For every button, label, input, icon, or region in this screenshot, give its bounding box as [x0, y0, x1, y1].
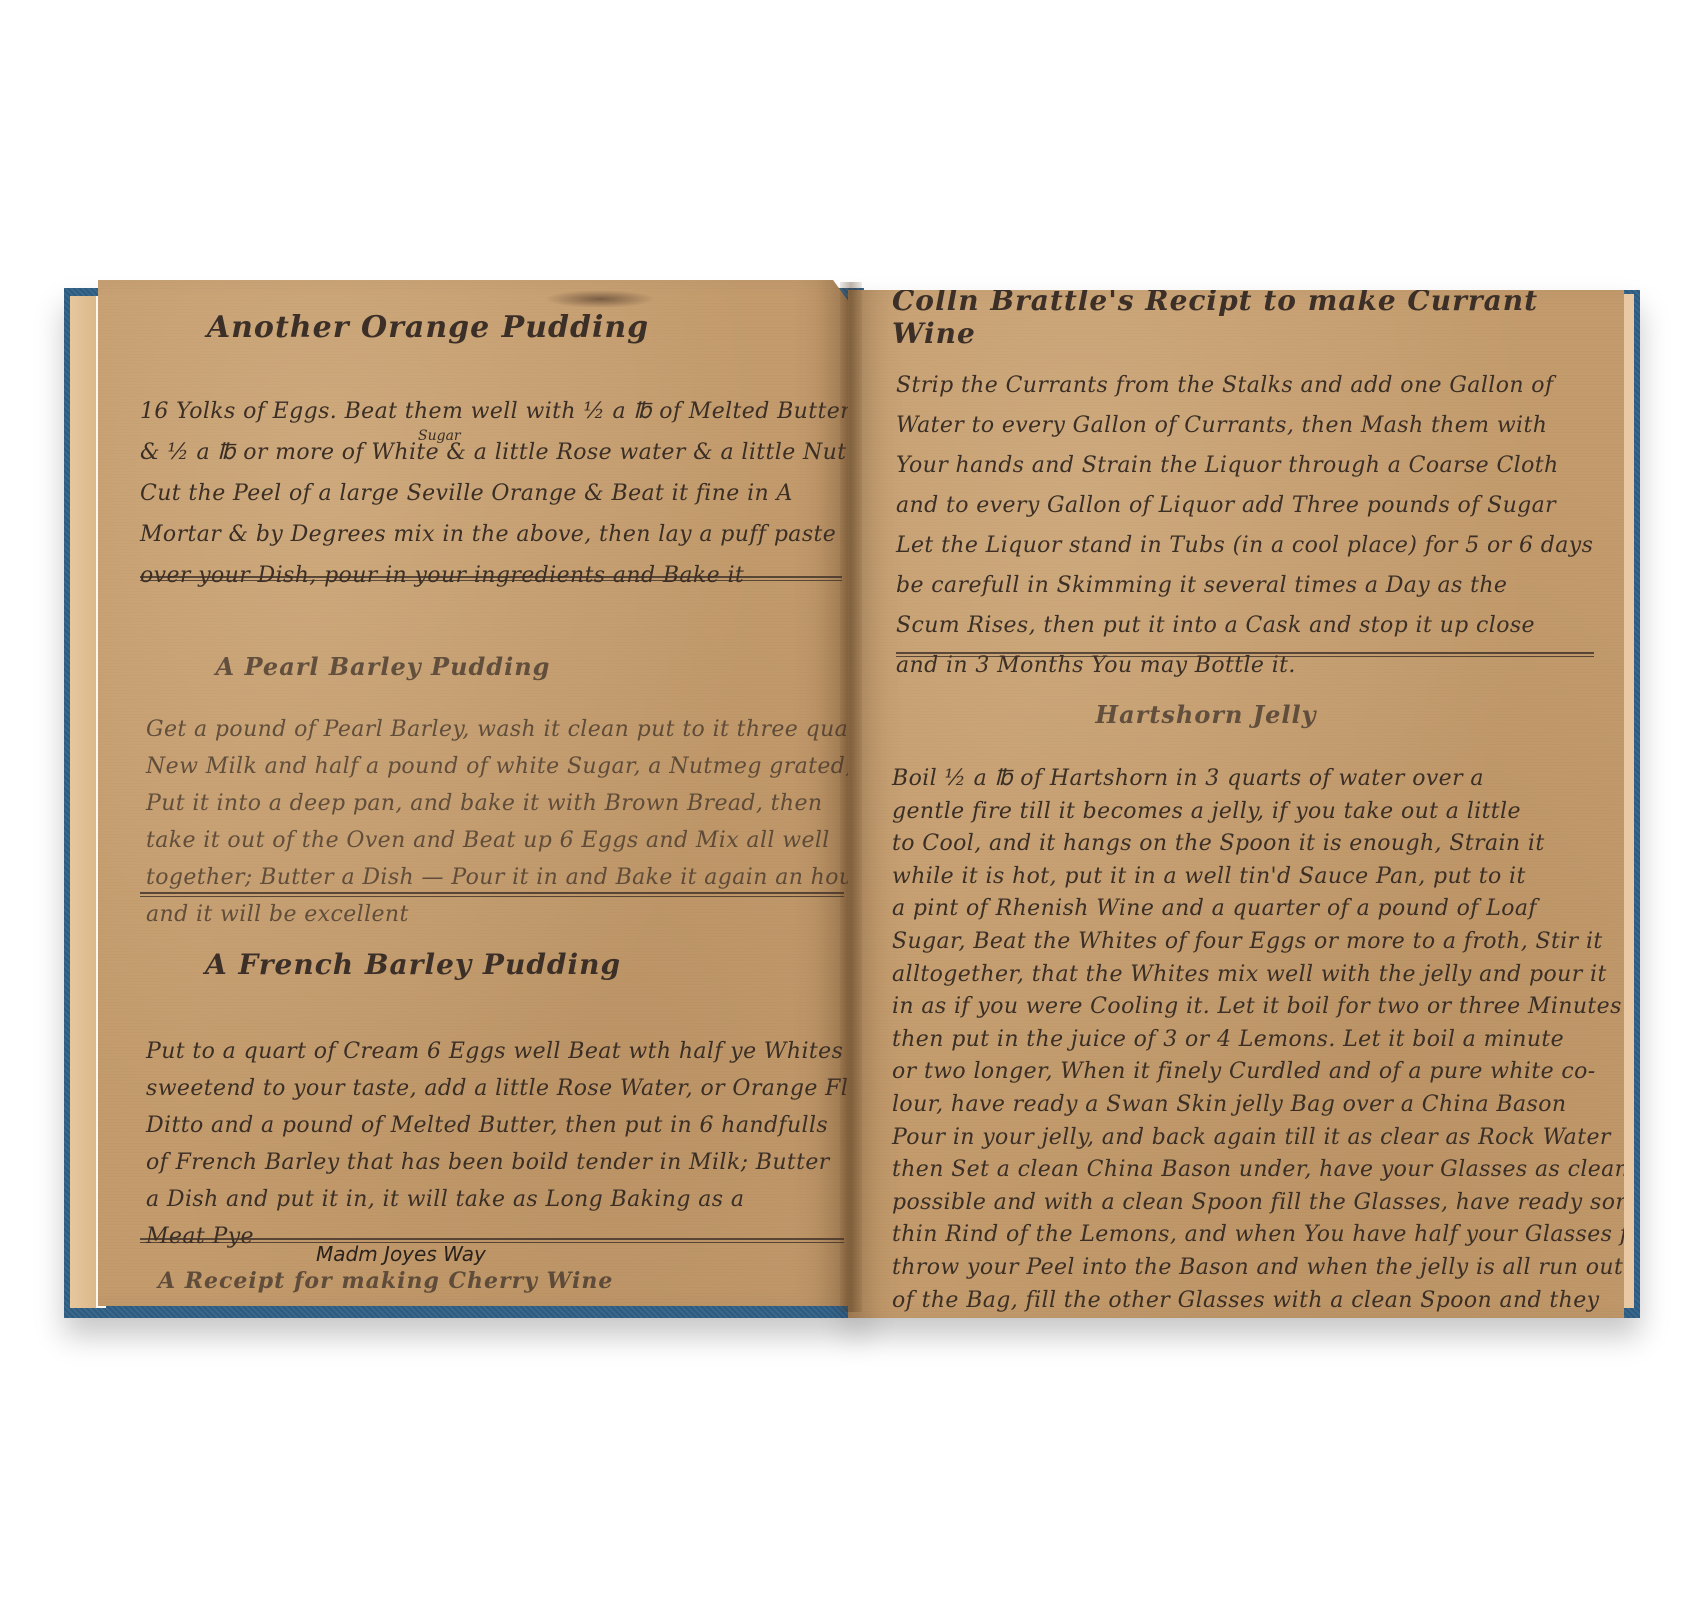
text-line: be carefull in Skimming it several times… — [896, 566, 1624, 606]
text-line: of French Barley that has been boild ten… — [146, 1144, 848, 1181]
recipe-currant-wine: Colln Brattle's Recipt to make Currant W… — [848, 290, 1624, 686]
section-divider — [140, 1238, 844, 1243]
recipe-title: A Pearl Barley Pudding — [98, 652, 848, 681]
text-line: to Cool, and it hangs on the Spoon it is… — [892, 828, 1624, 861]
text-line: while it is hot, put it in a well tin'd … — [892, 861, 1624, 894]
text-line: and it will be excellent — [146, 896, 848, 933]
book-gutter — [840, 282, 862, 1312]
sugar-insertion: Sugar — [418, 428, 461, 444]
text-line: and to every Gallon of Liquor add Three … — [896, 486, 1624, 526]
handwritten-annotation: Madm Joyes Way — [316, 1242, 486, 1266]
left-page: Another Orange Pudding 16 Yolks of Eggs.… — [98, 280, 848, 1306]
text-line: of the Bag, fill the other Glasses with … — [892, 1285, 1624, 1318]
recipe-hartshorn-jelly: Hartshorn Jelly Boil ½ a ℔ of Hartshorn … — [848, 700, 1624, 1317]
open-manuscript-book: Another Orange Pudding 16 Yolks of Eggs.… — [0, 0, 1700, 1600]
section-divider — [896, 652, 1594, 657]
recipe-body: Strip the Currants from the Stalks and a… — [896, 366, 1624, 686]
text-line: sweetend to your taste, add a little Ros… — [146, 1070, 848, 1107]
page-stack-right — [1624, 294, 1634, 1308]
text-line: Let the Liquor stand in Tubs (in a cool … — [896, 526, 1624, 566]
text-line: take it out of the Oven and Beat up 6 Eg… — [146, 822, 848, 859]
text-line: together; Butter a Dish — Pour it in and… — [146, 859, 848, 896]
recipe-title: A French Barley Pudding — [98, 948, 848, 981]
text-line: Boil ½ a ℔ of Hartshorn in 3 quarts of w… — [892, 763, 1624, 796]
ink-blot — [545, 290, 655, 308]
text-line: Ditto and a pound of Melted Butter, then… — [146, 1107, 848, 1144]
section-divider — [140, 576, 842, 581]
recipe-body: Boil ½ a ℔ of Hartshorn in 3 quarts of w… — [892, 763, 1624, 1317]
text-line: or two longer, When it finely Curdled an… — [892, 1056, 1624, 1089]
text-line: 16 Yolks of Eggs. Beat them well with ½ … — [140, 391, 848, 432]
text-line: throw your Peel into the Bason and when … — [892, 1252, 1624, 1285]
text-line: gentle fire till it becomes a jelly, if … — [892, 796, 1624, 829]
text-line: Sugar, Beat the Whites of four Eggs or m… — [892, 926, 1624, 959]
text-line: thin Rind of the Lemons, and when You ha… — [892, 1219, 1624, 1252]
text-line: a pint of Rhenish Wine and a quarter of … — [892, 893, 1624, 926]
text-line: a Dish and put it in, it will take as Lo… — [146, 1181, 848, 1218]
text-line: Get a pound of Pearl Barley, wash it cle… — [146, 711, 848, 748]
text-line: in as if you were Cooling it. Let it boi… — [892, 991, 1624, 1024]
text-line: New Milk and half a pound of white Sugar… — [146, 748, 848, 785]
text-line: Mortar & by Degrees mix in the above, th… — [140, 514, 848, 555]
recipe-title: Hartshorn Jelly — [848, 700, 1624, 729]
text-line: Cut the Peel of a large Seville Orange &… — [140, 473, 848, 514]
recipe-pearl-barley-pudding: A Pearl Barley Pudding Get a pound of Pe… — [98, 652, 848, 933]
recipe-body: 16 Yolks of Eggs. Beat them well with ½ … — [140, 391, 848, 596]
recipe-body: Put to a quart of Cream 6 Eggs well Beat… — [146, 1033, 848, 1255]
text-line: Pour in your jelly, and back again till … — [892, 1122, 1624, 1155]
text-line: Strip the Currants from the Stalks and a… — [896, 366, 1624, 406]
text-line: Water to every Gallon of Currants, then … — [896, 406, 1624, 446]
text-line: Put to a quart of Cream 6 Eggs well Beat… — [146, 1033, 848, 1070]
text-line: Meat Pye — [146, 1218, 848, 1255]
recipe-body: Get a pound of Pearl Barley, wash it cle… — [146, 711, 848, 933]
text-line: possible and with a clean Spoon fill the… — [892, 1187, 1624, 1220]
text-line: Your hands and Strain the Liquor through… — [896, 446, 1624, 486]
recipe-title: Colln Brattle's Recipt to make Currant W… — [892, 290, 1624, 350]
next-recipe-title: A Receipt for making Cherry Wine — [158, 1268, 613, 1294]
right-page: Colln Brattle's Recipt to make Currant W… — [848, 290, 1624, 1318]
text-line: Put it into a deep pan, and bake it with… — [146, 785, 848, 822]
text-line: then put in the juice of 3 or 4 Lemons. … — [892, 1024, 1624, 1057]
text-line: lour, have ready a Swan Skin jelly Bag o… — [892, 1089, 1624, 1122]
text-line: Scum Rises, then put it into a Cask and … — [896, 606, 1624, 646]
recipe-title: Another Orange Pudding — [98, 310, 848, 345]
text-line: then Set a clean China Bason under, have… — [892, 1154, 1624, 1187]
recipe-french-barley-pudding: A French Barley Pudding Put to a quart o… — [98, 948, 848, 1255]
text-line: & ½ a ℔ or more of White & a little Rose… — [140, 432, 848, 473]
section-divider — [140, 892, 844, 897]
text-line: alltogether, that the Whites mix well wi… — [892, 959, 1624, 992]
recipe-another-orange-pudding: Another Orange Pudding 16 Yolks of Eggs.… — [98, 310, 848, 596]
